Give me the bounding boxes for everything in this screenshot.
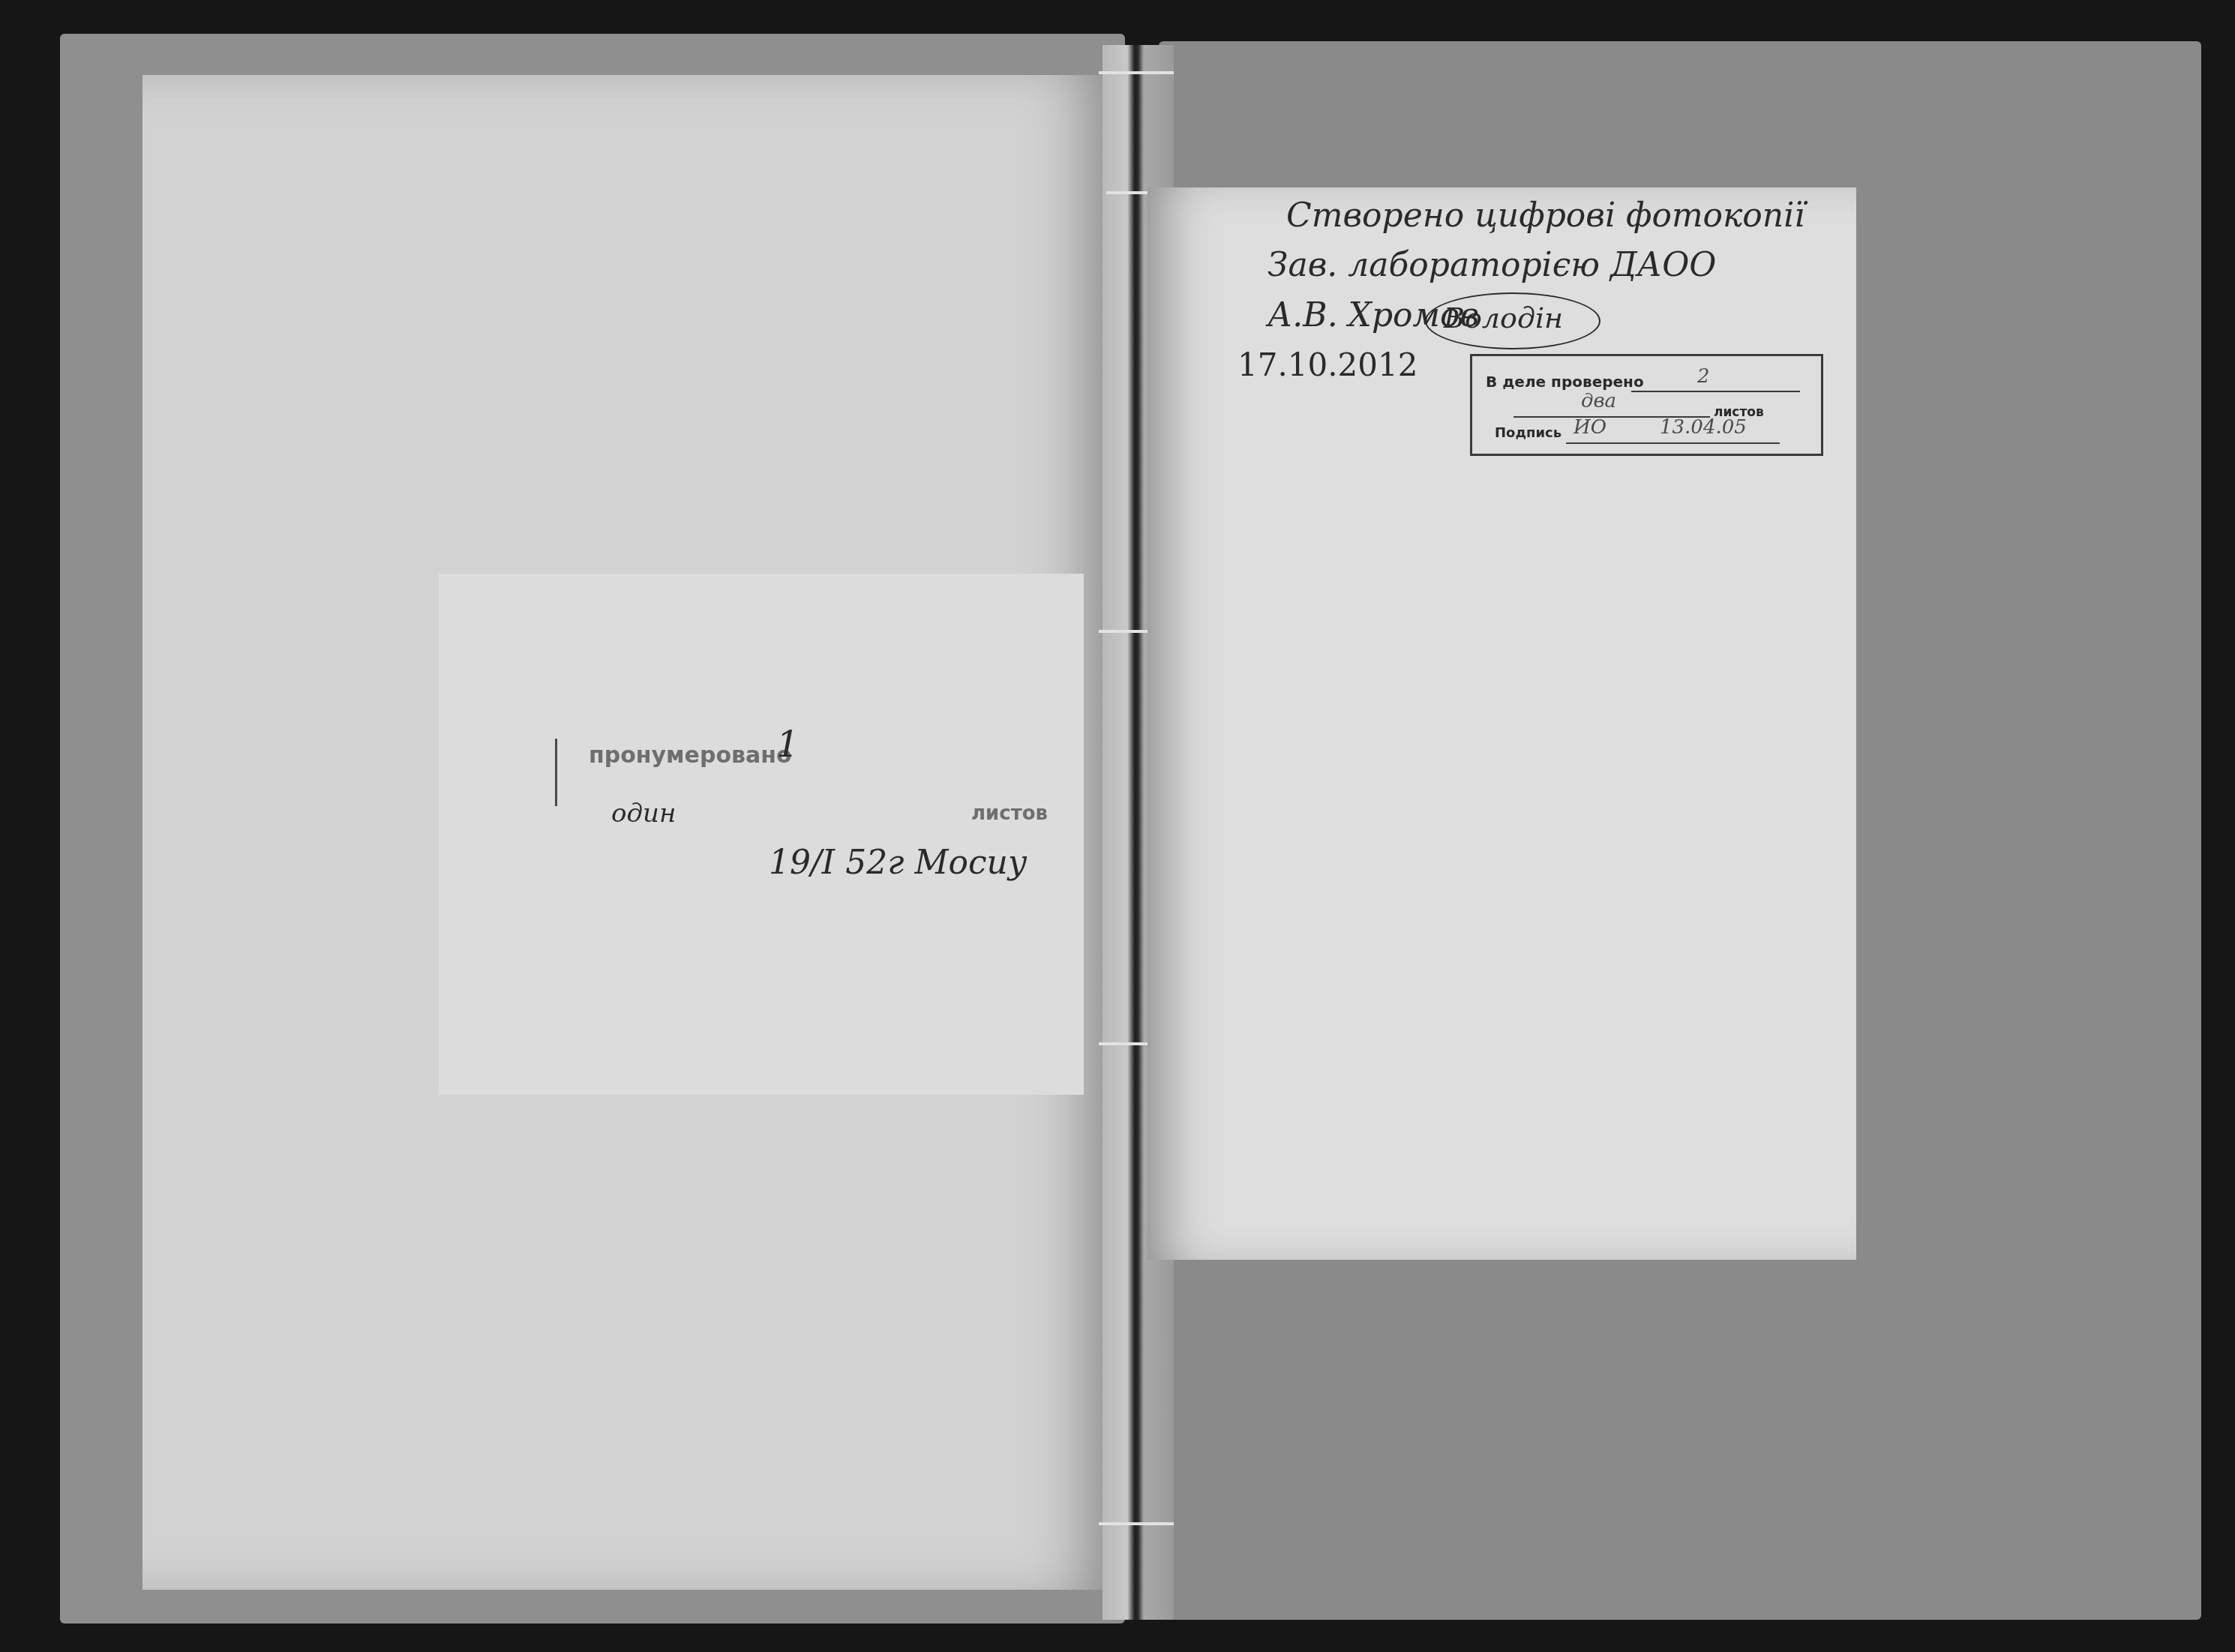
verification-stamp: В деле проверено 2 два листов Подпись ИО… — [1470, 354, 1823, 456]
faded-stamp-text: пронумеровано — [589, 742, 792, 769]
stamp-count-number: 2 — [1697, 365, 1710, 388]
stamp-signature-label: Подпись — [1495, 425, 1561, 441]
sheet-count-number: 1 — [776, 724, 799, 766]
binding-stitch — [1099, 71, 1174, 74]
note-line-1: Створено цифрові фотокопії — [1286, 196, 1804, 235]
stamp-label-checked: В деле проверено — [1486, 373, 1644, 391]
sheet-count-words: один — [611, 799, 676, 829]
pasted-certification-card: пронумеровано 1 один листов 19/I 52г Мос… — [439, 574, 1084, 1095]
stamp-count-words: два — [1581, 390, 1616, 412]
sheets-label: листов — [971, 802, 1048, 825]
note-line-2: Зав. лабораторією ДАОО — [1267, 246, 1716, 284]
date-and-signature: 19/I 52г Мосиу — [769, 844, 1027, 882]
stamp-blank-line — [1631, 391, 1800, 392]
stamp-signature-value: ИО — [1573, 416, 1606, 439]
binding-stitch — [1099, 1522, 1174, 1525]
note-signature: Володін — [1444, 301, 1563, 334]
stamp-blank-line — [1566, 442, 1780, 444]
note-date: 17.10.2012 — [1237, 346, 1417, 383]
stamp-edge-line — [555, 739, 557, 806]
stamp-date: 13.04.05 — [1660, 416, 1747, 439]
